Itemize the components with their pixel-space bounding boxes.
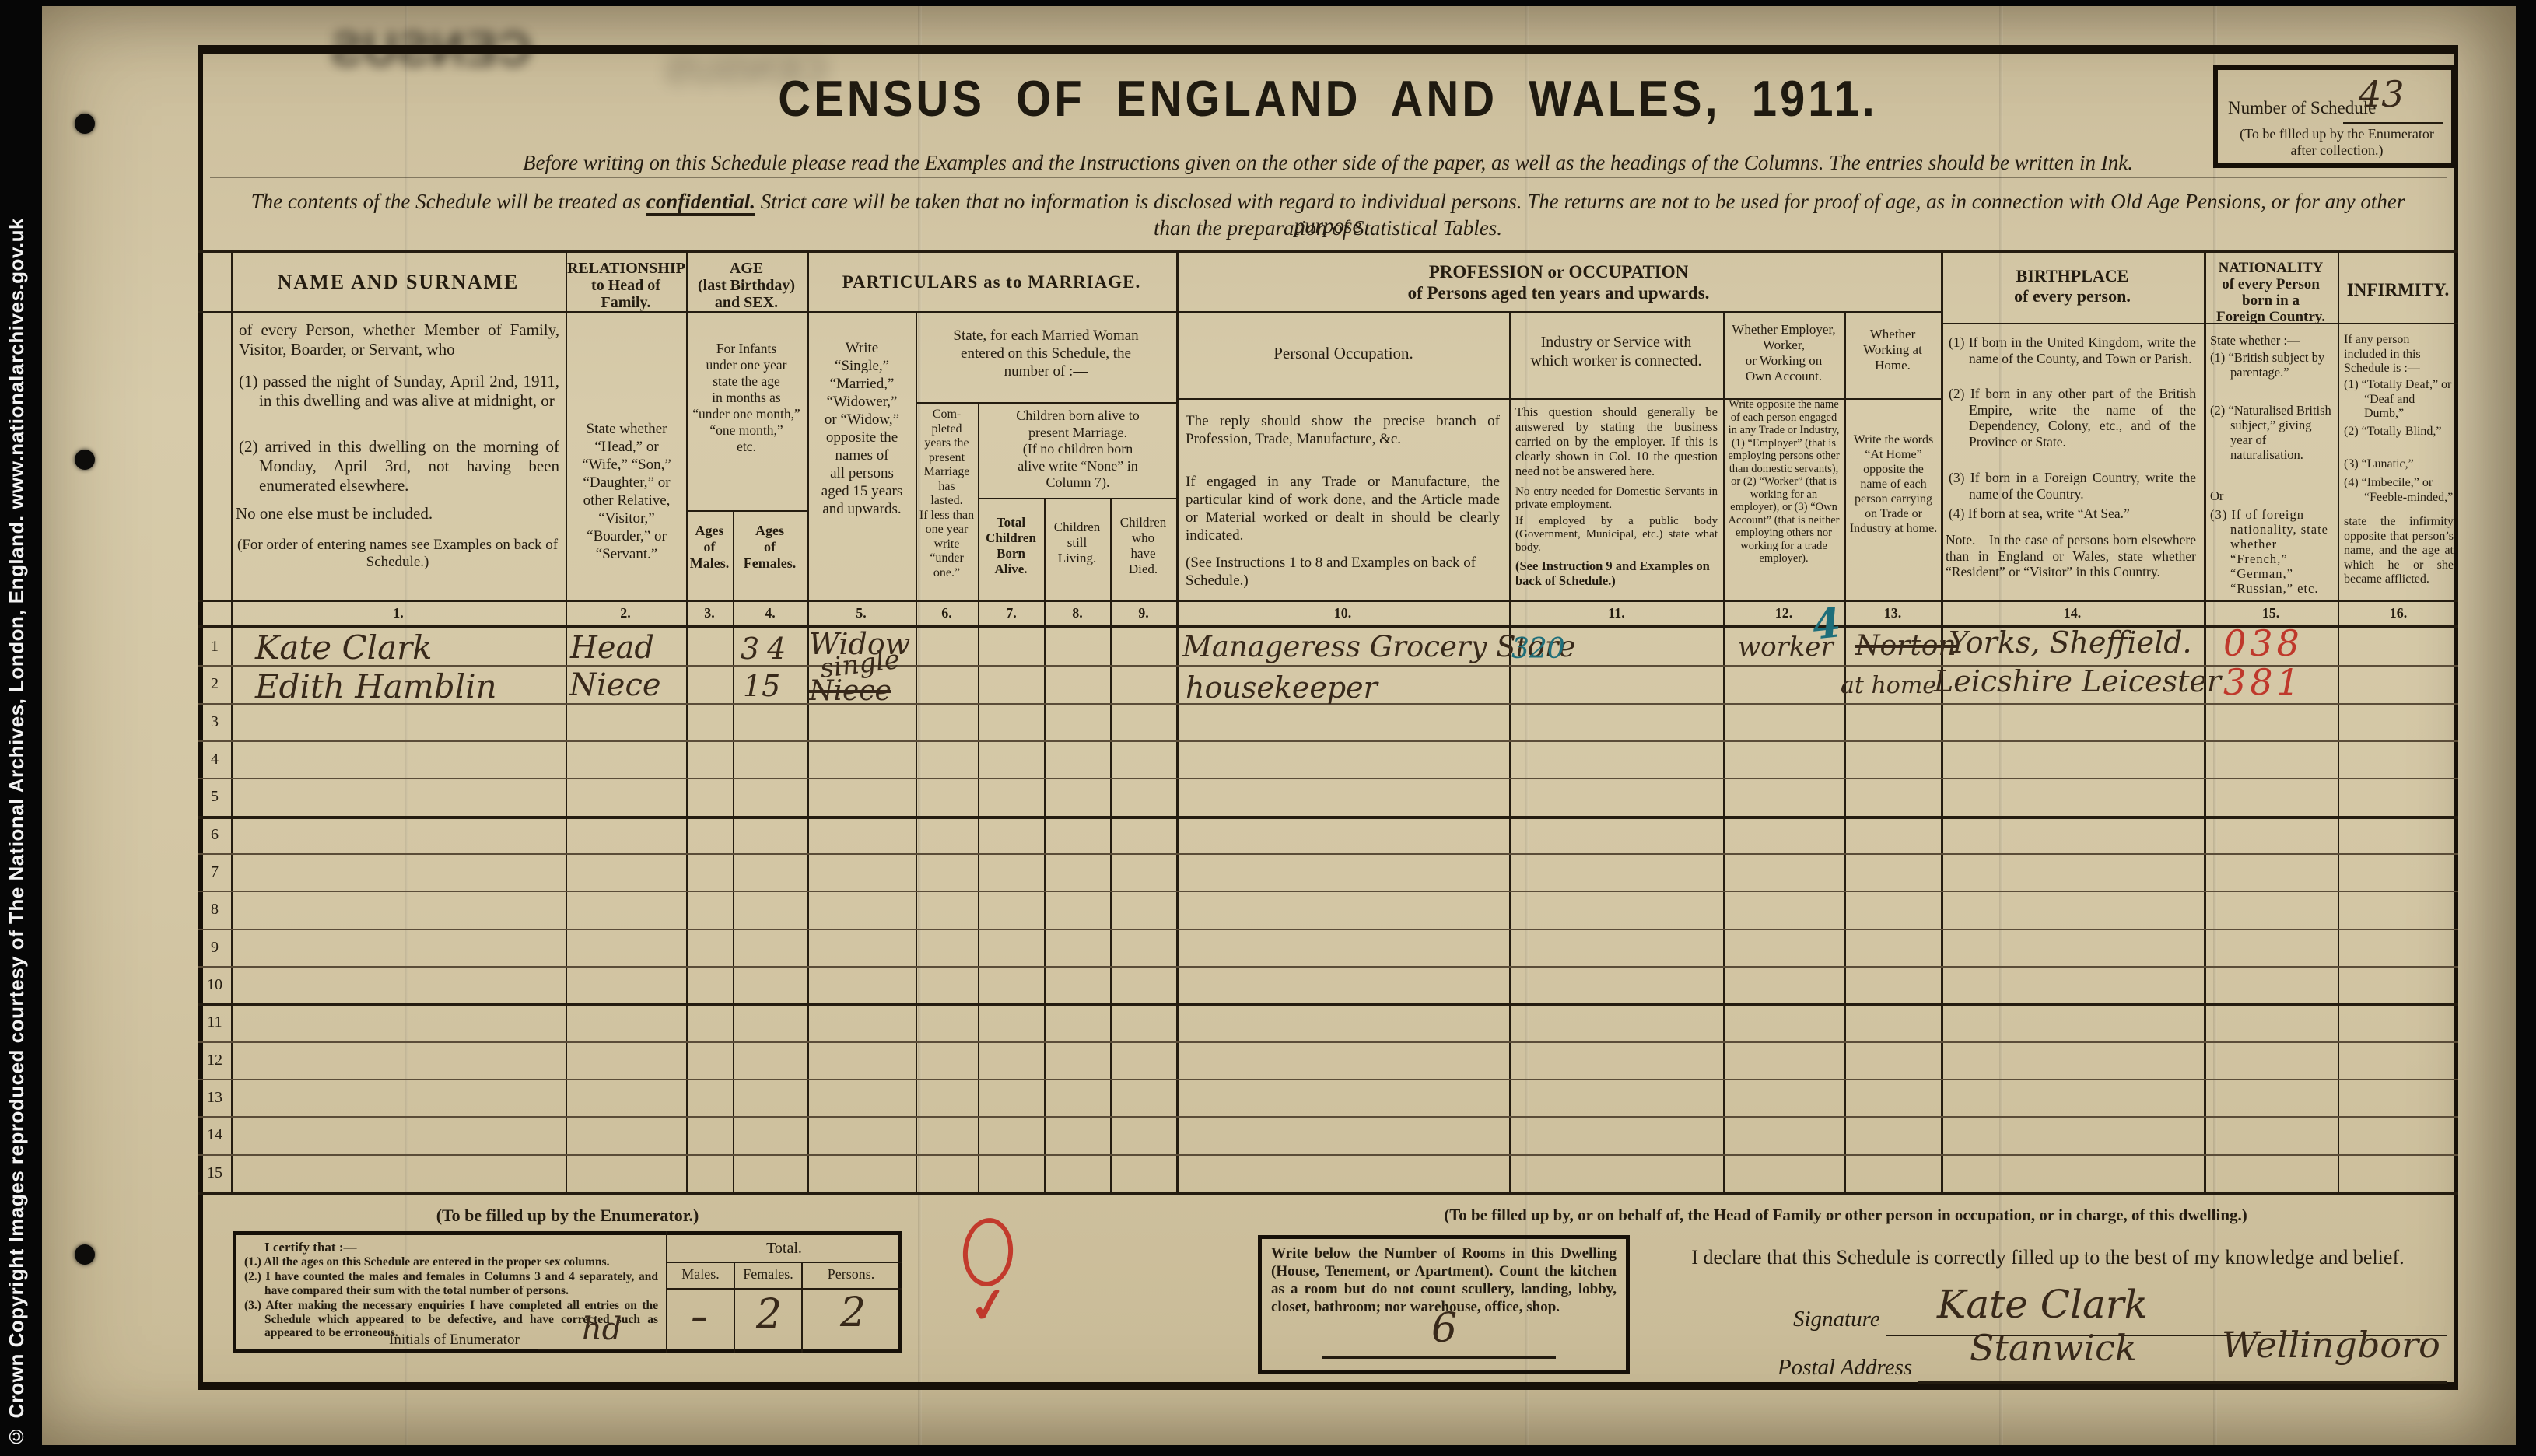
col14-desc-2: (2) If born in any other part of the Bri…: [1949, 386, 2196, 450]
entry-registrar-code-row2: 381: [2223, 661, 2303, 703]
age-title: AGE (last Birthday) and SEX.: [688, 260, 805, 311]
table-line: [566, 250, 567, 1192]
entry-checkmark-code-row1: 4: [1810, 599, 1843, 649]
nationality-title: NATIONALITY of every Person born in a Fo…: [2205, 260, 2336, 325]
row-number: 10: [201, 976, 229, 994]
col1-desc-3: (2) arrived in this dwelling on the morn…: [239, 437, 559, 495]
married-woman-heading: State, for each Married Woman entered on…: [917, 327, 1175, 380]
children-heading: Children born alive to present Marriage.…: [981, 408, 1175, 492]
col14-note: Note.—In the case of persons born elsewh…: [1946, 532, 2196, 580]
col7-desc: Total Children Born Alive.: [979, 515, 1042, 577]
col8-desc: Children still Living.: [1046, 520, 1109, 566]
table-line: [1044, 498, 1046, 1192]
col-number: 10.: [1319, 605, 1366, 621]
declaration-text: I declare that this Schedule is correctl…: [1645, 1246, 2450, 1269]
row-line: [198, 1003, 2458, 1006]
postal-address-label: Postal Address: [1778, 1355, 1912, 1381]
red-checkmark: ✓: [965, 1276, 1012, 1335]
col5-desc: Write “Single,” “Married,” “Widower,” or…: [810, 339, 914, 518]
col-number: 8.: [1054, 605, 1101, 621]
table-line: [916, 402, 1176, 404]
row-line: [198, 853, 2458, 855]
row-number: 9: [201, 939, 229, 957]
row-number: 4: [201, 751, 229, 768]
row-number: 12: [201, 1052, 229, 1069]
col11-desc-1: This question should generally be answer…: [1515, 404, 1718, 478]
rooms-line: [1322, 1356, 1556, 1359]
col11-desc-2: No entry needed for Domestic Servants in…: [1515, 485, 1718, 512]
total-table-line: [666, 1288, 902, 1290]
col15-desc-3: (2) “Naturalised British subject,” givin…: [2210, 403, 2331, 462]
col2-desc: State whether “Head,” or “Wife,” “Son,” …: [569, 420, 685, 563]
form-subtitle: Before writing on this Schedule please r…: [239, 151, 2417, 174]
col15-desc-2: (1) “British subject by parentage.”: [2210, 350, 2331, 380]
confidential-text-a: The contents of the Schedule will be tre…: [251, 190, 646, 213]
table-line: [688, 510, 807, 512]
table-line: [1110, 498, 1112, 1192]
col13-desc: Write the words “At Home” opposite the n…: [1849, 432, 1938, 536]
table-line: [1723, 311, 1725, 1192]
initials-value: hd: [582, 1311, 622, 1347]
birthplace-title: BIRTHPLACE of every person.: [1942, 266, 2202, 306]
table-line: [1176, 250, 1179, 1192]
col16-desc-2: (1) “Totally Deaf,” or “Deaf and Dumb,”: [2344, 378, 2454, 422]
table-line: [198, 600, 2458, 602]
col11-desc-3: If employed by a public body (Government…: [1515, 515, 1718, 555]
row-number: 14: [201, 1126, 229, 1144]
col10-subtitle: Personal Occupation.: [1179, 344, 1508, 363]
row-number: 6: [201, 826, 229, 844]
table-line: [978, 402, 979, 1192]
females-label: Females.: [735, 1266, 801, 1283]
col-number: 7.: [988, 605, 1035, 621]
profession-title: PROFESSION or OCCUPATION of Persons aged…: [1178, 261, 1939, 303]
table-line: [1941, 250, 1943, 1192]
row-line: [198, 1192, 2458, 1195]
row-line: [198, 816, 2458, 819]
certify-item-1: (1.) All the ages on this Schedule are e…: [244, 1255, 658, 1269]
table-line: [979, 498, 1176, 499]
row-number: 8: [201, 901, 229, 919]
row-number: 1: [201, 638, 229, 656]
certify-item-2: (2.) I have counted the males and female…: [244, 1270, 658, 1297]
row-number: 7: [201, 863, 229, 881]
confidential-line-2: than the preparation of Statistical Tabl…: [239, 216, 2417, 240]
form-outer-border: [198, 45, 2458, 1390]
col14-desc-4: (4) If born at sea, write “At Sea.”: [1949, 506, 2196, 522]
initials-line: [538, 1349, 660, 1350]
col-number: 2.: [602, 605, 649, 621]
total-table-line: [801, 1262, 803, 1353]
hole-punch: [75, 1244, 95, 1265]
table-line: [1844, 311, 1846, 1192]
census-schedule-page: © Crown Copyright Images reproduced cour…: [0, 0, 2536, 1456]
table-line: [198, 311, 1942, 313]
col1-desc-5: (For order of entering names see Example…: [236, 537, 559, 571]
col-number: 11.: [1593, 605, 1640, 621]
row-number: 11: [201, 1013, 229, 1031]
col10-desc-2: If engaged in any Trade or Manufacture, …: [1186, 473, 1500, 544]
row-number: 2: [201, 675, 229, 693]
total-label: Total.: [667, 1240, 901, 1258]
archive-credit-text: © Crown Copyright Images reproduced cour…: [5, 218, 29, 1448]
ages-females-label: Ages of Females.: [734, 523, 805, 572]
col16-desc-1: If any person included in this Schedule …: [2344, 333, 2454, 376]
row-number: 13: [201, 1089, 229, 1107]
postal-address-value-1: Stanwick: [1970, 1327, 2137, 1369]
table-line: [2338, 250, 2339, 1192]
table-line: [2204, 250, 2206, 1192]
col15-desc-4: Or: [2210, 488, 2331, 503]
schedule-number-line: [2343, 122, 2443, 124]
householder-heading: (To be filled up by, or on behalf of, th…: [1245, 1206, 2447, 1225]
col2-title: RELATIONSHIP to Head of Family.: [567, 260, 685, 311]
postal-address-value-2: Wellingboro: [2222, 1324, 2440, 1366]
postal-address-line: [1918, 1381, 2447, 1384]
row-line: [198, 891, 2458, 892]
row-line: [198, 1079, 2458, 1080]
col-number: 4.: [747, 605, 793, 621]
rooms-value: 6: [1431, 1305, 1457, 1352]
row-line: [198, 778, 2458, 779]
col-number: 3.: [686, 605, 733, 621]
table-line: [686, 250, 688, 1192]
table-line: [198, 250, 2458, 253]
confidential-underlined: confidential.: [646, 190, 755, 216]
entry-struck-word-row1: Norton: [1855, 630, 1956, 662]
total-females-value: 2: [756, 1291, 782, 1338]
col12-desc: Write opposite the name of each person e…: [1728, 398, 1840, 565]
entry-marriage-struck-row2: Niece: [809, 675, 891, 707]
col-number: 13.: [1869, 605, 1916, 621]
signature-label: Signature: [1793, 1307, 1880, 1332]
row-line: [198, 966, 2458, 968]
entry-age-row1: 34: [741, 632, 793, 666]
col-number: 14.: [2049, 605, 2096, 621]
entry-relationship-row2: Niece: [569, 667, 661, 703]
row-line: [198, 740, 2458, 742]
form-title: CENSUS OF ENGLAND AND WALES, 1911.: [317, 70, 2339, 133]
col15-desc-5: (3) If of foreign nationality, state whe…: [2210, 507, 2331, 596]
col14-desc-3: (3) If born in a Foreign Country, write …: [1949, 470, 2196, 502]
col1-desc-4: No one else must be included.: [236, 504, 556, 523]
col16-desc-5: (4) “Imbecile,” or “Feeble-minded,”: [2344, 476, 2454, 505]
row-line: [198, 1041, 2458, 1043]
row-number: 15: [201, 1164, 229, 1182]
rule-line: [210, 177, 2447, 178]
schedule-number-value: 43: [2359, 73, 2405, 115]
age-desc: For Infants under one year state the age…: [686, 341, 807, 455]
entry-age-row2: 15: [743, 669, 780, 703]
table-line: [733, 510, 734, 1192]
col15-desc-1: State whether :—: [2210, 333, 2331, 348]
row-number: 3: [201, 713, 229, 731]
infirmity-title: INFIRMITY.: [2339, 280, 2457, 300]
entry-registrar-code-row1: 038: [2223, 622, 2303, 664]
signature-value: Kate Clark: [1937, 1282, 2148, 1327]
total-persons-value: 2: [840, 1290, 866, 1336]
col-number: 5.: [838, 605, 884, 621]
certify-heading: I certify that :—: [264, 1240, 357, 1255]
col1-desc-1: of every Person, whether Member of Famil…: [239, 320, 559, 359]
col6-desc: Com- pleted years the present Marriage h…: [917, 408, 976, 580]
col-number: 12.: [1760, 605, 1807, 621]
col12-subtitle: Whether Employer, Worker, or Working on …: [1725, 322, 1843, 384]
schedule-number-label: Number of Schedule: [2228, 98, 2376, 118]
entry-birthplace-row1: Yorks, Sheffield.: [1949, 625, 2192, 660]
hole-punch: [75, 114, 95, 134]
col10-desc-1: The reply should show the precise branch…: [1186, 412, 1500, 448]
table-line: [231, 250, 233, 1192]
col-number: 9.: [1120, 605, 1167, 621]
total-males-value: –: [691, 1297, 708, 1337]
ages-males-label: Ages of Males.: [688, 523, 731, 572]
entry-name-row2: Edith Hamblin: [255, 667, 497, 705]
persons-label: Persons.: [803, 1266, 899, 1283]
col10-desc-3: (See Instructions 1 to 8 and Examples on…: [1186, 554, 1500, 590]
enumerator-heading: (To be filled up by the Enumerator.): [233, 1206, 902, 1226]
entry-name-row1: Kate Clark: [255, 628, 433, 667]
entry-relationship-row1: Head: [570, 630, 654, 666]
row-line: [198, 1116, 2458, 1118]
col14-desc-1: (1) If born in the United Kingdom, write…: [1949, 334, 2196, 366]
col11-desc-4: (See Instruction 9 and Examples on back …: [1515, 558, 1718, 588]
confidential-line-1: The contents of the Schedule will be tre…: [239, 190, 2417, 213]
col-number: 6.: [923, 605, 970, 621]
table-line: [1509, 311, 1511, 1192]
col16-desc-4: (3) “Lunatic,”: [2344, 457, 2454, 472]
col11-subtitle: Industry or Service with which worker is…: [1511, 333, 1722, 370]
table-line: [1178, 398, 1941, 400]
row-number: 5: [201, 788, 229, 806]
hole-punch: [75, 450, 95, 470]
col16-desc-3: (2) “Totally Blind,”: [2344, 425, 2454, 439]
col-number: 15.: [2247, 605, 2294, 621]
col1-desc-2: (1) passed the night of Sunday, April 2n…: [239, 372, 559, 411]
col-number: 16.: [2375, 605, 2422, 621]
entry-occupation-code-row1: 320: [1511, 633, 1565, 665]
row-line: [198, 1154, 2458, 1156]
table-line: [1941, 323, 2458, 324]
entry-birthplace-row2: Leicshire Leicester: [1934, 664, 2221, 698]
col1-title: NAME AND SURNAME: [233, 271, 564, 294]
males-label: Males.: [667, 1266, 734, 1283]
entry-at-home-row2: at home: [1841, 672, 1936, 699]
row-line: [198, 929, 2458, 930]
col13-subtitle: Whether Working at Home.: [1846, 327, 1939, 373]
total-table-line: [734, 1262, 735, 1353]
schedule-number-note: (To be filled up by the Enumerator after…: [2231, 126, 2443, 159]
col9-desc: Children who have Died.: [1112, 515, 1175, 577]
entry-occupation-row2: housekeeper: [1186, 670, 1378, 705]
col16-desc-6: state the infirmity opposite that person…: [2344, 515, 2454, 587]
initials-label: Initials of Enumerator: [389, 1332, 520, 1349]
total-table-line: [666, 1262, 902, 1263]
marriage-title: PARTICULARS as to MARRIAGE.: [808, 272, 1175, 292]
col-number: 1.: [375, 605, 422, 621]
table-line: [916, 311, 917, 1192]
table-line: [807, 250, 809, 1192]
